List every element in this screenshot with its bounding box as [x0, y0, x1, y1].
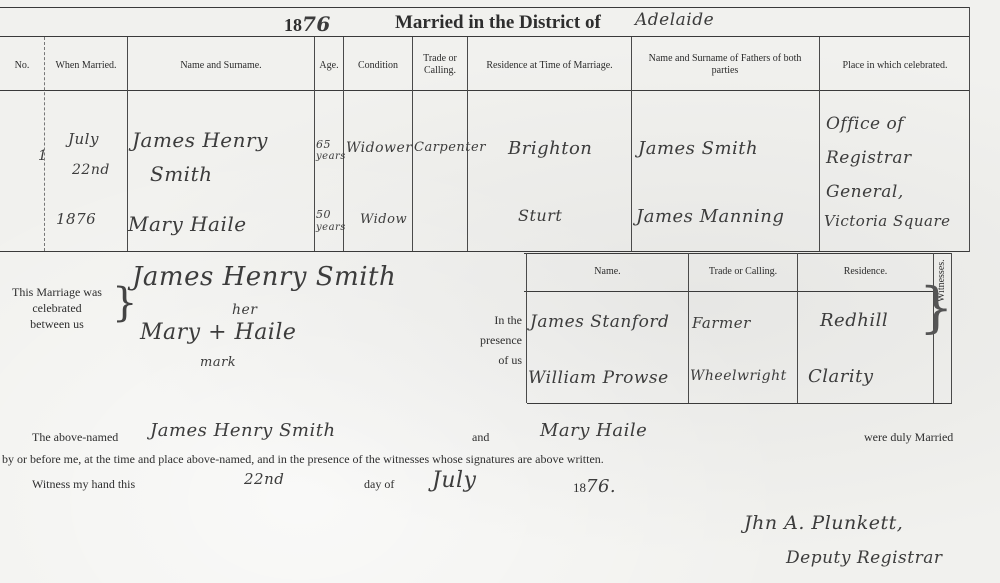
bride-residence: Sturt: [518, 206, 562, 225]
witness2-trade: Wheelwright: [690, 368, 787, 384]
registrar-title: Deputy Registrar: [786, 548, 942, 568]
header-trade: Trade or Calling.: [416, 53, 464, 77]
witness-header-residence: Residence.: [798, 266, 933, 278]
witness2-residence: Clarity: [808, 366, 874, 387]
year-handwritten: 76: [302, 12, 331, 36]
witness1-name: James Stanford: [530, 312, 669, 332]
witness-header-trade: Trade or Calling.: [689, 266, 797, 278]
were-married-label: were duly Married: [864, 430, 953, 445]
header-no: No.: [0, 60, 44, 72]
witness-brace-icon: }: [919, 278, 953, 338]
header-when-married: When Married.: [45, 60, 127, 72]
witness1-trade: Farmer: [692, 314, 751, 332]
groom-name-line2: Smith: [150, 162, 212, 186]
presence-label-line1: In the: [452, 310, 522, 330]
header-place: Place in which celebrated.: [820, 60, 970, 72]
place-line3: General,: [826, 182, 904, 202]
bride-father: James Manning: [636, 206, 784, 227]
declaration-groom: James Henry Smith: [150, 420, 336, 441]
celebration-label-line3: between us: [2, 316, 112, 332]
header-residence: Residence at Time of Marriage.: [468, 60, 631, 72]
groom-trade: Carpenter: [414, 140, 486, 155]
year-printed: 18: [284, 15, 302, 35]
celebration-label: This Marriage was celebrated between us: [2, 284, 112, 332]
presence-label-line2: presence: [452, 330, 522, 350]
declaration-year-handwritten: 76.: [586, 476, 616, 497]
register-year: 1876: [284, 12, 331, 36]
marriage-certificate: 1876 Married in the District of Adelaide…: [0, 0, 1000, 583]
above-named-label: The above-named: [32, 430, 118, 445]
groom-age: 65: [316, 138, 331, 151]
declaration-day: 22nd: [244, 470, 284, 488]
day-of-label: day of: [364, 477, 394, 492]
header-divider: [0, 90, 970, 91]
declaration-month: July: [432, 468, 476, 493]
witness-table-top: [524, 253, 952, 254]
bride-signature: Mary + Haile: [140, 320, 296, 345]
when-month: July: [68, 130, 99, 148]
declaration-year: 1876.: [573, 476, 616, 497]
witness1-residence: Redhill: [820, 310, 888, 331]
presence-label: In the presence of us: [452, 310, 522, 370]
groom-signature: James Henry Smith: [132, 262, 396, 292]
table-bottom-border: [0, 251, 970, 252]
witness-table-bottom: [527, 403, 952, 404]
district-name: Adelaide: [635, 10, 714, 30]
groom-father: James Smith: [638, 138, 758, 159]
bride-age-unit: years: [316, 222, 346, 233]
header-name: Name and Surname.: [128, 60, 314, 72]
table-top-border: [0, 7, 970, 8]
when-day: 22nd: [72, 162, 110, 178]
witness-hand-label: Witness my hand this: [32, 477, 135, 492]
declaration-year-printed: 18: [573, 480, 586, 495]
witness-header-divider: [524, 291, 934, 292]
place-line1: Office of: [826, 114, 904, 134]
bride-mark-suffix: mark: [200, 355, 236, 370]
place-line4: Victoria Square: [824, 212, 951, 230]
header-fathers: Name and Surname of Fathers of both part…: [640, 53, 810, 77]
witness2-name: William Prowse: [528, 368, 669, 388]
register-title: Married in the District of: [395, 12, 601, 34]
groom-condition: Widower: [346, 140, 412, 156]
bride-condition: Widow: [360, 212, 407, 227]
groom-name-line1: James Henry: [132, 128, 268, 152]
bride-mark-prefix: her: [232, 302, 258, 318]
registrar-signature: Jhn A. Plunkett,: [744, 512, 903, 534]
celebration-label-line2: celebrated: [2, 300, 112, 316]
table-right-border: [969, 7, 970, 252]
and-label: and: [472, 430, 489, 445]
declaration-line2: by or before me, at the time and place a…: [2, 452, 604, 467]
header-condition: Condition: [344, 60, 412, 72]
entry-no: 1: [38, 148, 47, 164]
when-year: 1876: [56, 210, 96, 228]
presence-label-line3: of us: [452, 350, 522, 370]
header-age: Age.: [315, 60, 343, 72]
declaration-bride: Mary Haile: [540, 420, 647, 441]
bride-name: Mary Haile: [128, 212, 247, 236]
witness-header-name: Name.: [527, 266, 688, 278]
bride-age: 50: [316, 208, 331, 221]
title-divider: [0, 36, 970, 37]
groom-residence: Brighton: [508, 138, 592, 159]
groom-age-unit: years: [316, 151, 346, 162]
celebration-label-line1: This Marriage was: [2, 284, 112, 300]
place-line2: Registrar: [826, 148, 912, 168]
col-divider: [631, 37, 632, 251]
